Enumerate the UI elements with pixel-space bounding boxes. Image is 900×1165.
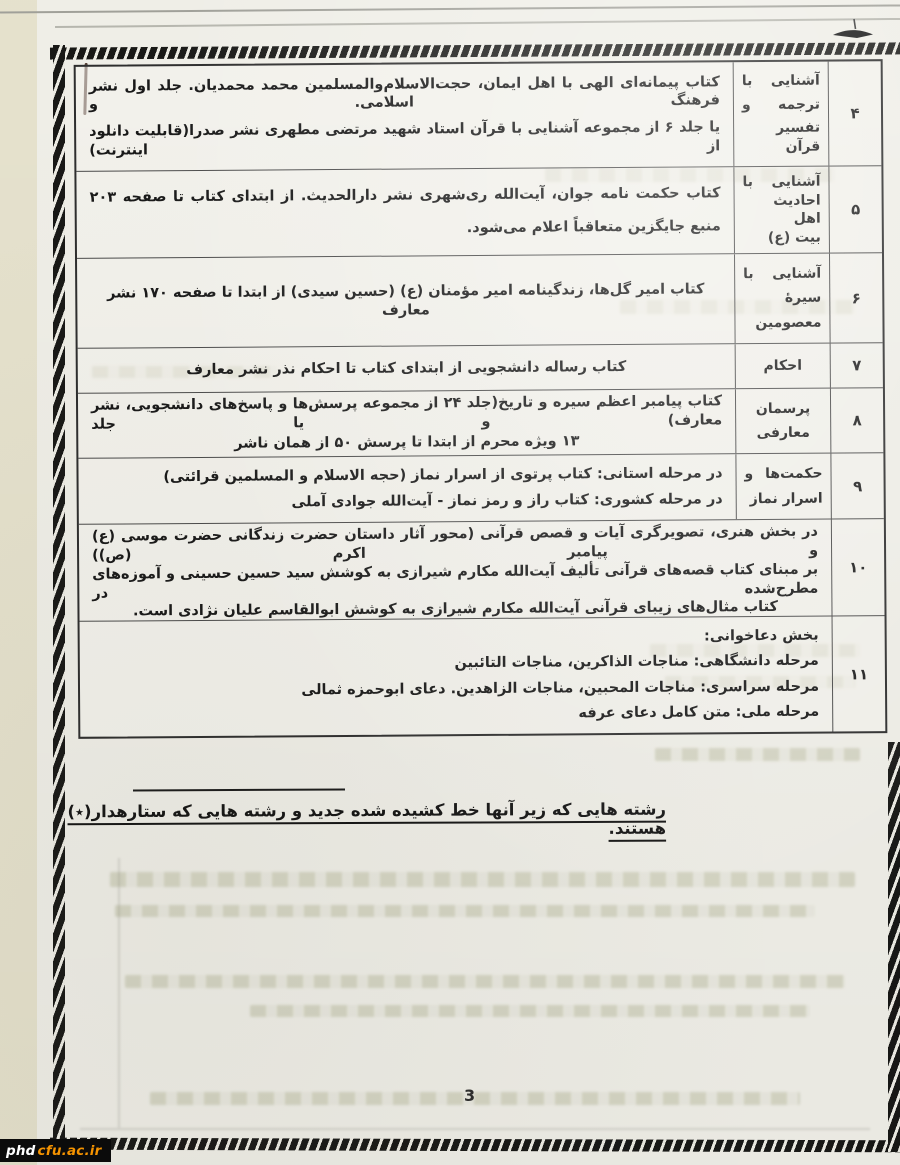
hatched-border-bottom (50, 1138, 900, 1153)
bleed-through-artifact (250, 1005, 810, 1017)
category-line: آشنایی با (742, 72, 820, 91)
table-row: ۹حکمت‌ها واسرار نمازدر مرحله استانی: کتا… (78, 453, 883, 525)
category-line: تفسیر قرآن (742, 119, 820, 156)
row-content: کتاب پیامبر اعظم سیره و تاریخ(جلد ۲۴ از … (78, 389, 735, 458)
content-line: در بخش هنری، تصویرگری آیات و قصص قرآنی (… (92, 523, 818, 566)
content-line: کتاب امیر گل‌ها، زندگینامه امیر مؤمنان (… (90, 280, 721, 322)
books-table: ۴آشنایی باترجمه وتفسیر قرآنکتاب پیمانه‌ا… (74, 59, 888, 739)
table-row: ۱۱بخش دعاخوانی:مرحله دانشگاهی: مناجات ال… (80, 616, 886, 737)
row-number: ۱۱ (832, 616, 886, 731)
footnote-separator-line (133, 788, 345, 791)
row-number: ۵ (828, 166, 882, 252)
content-line: کتاب رساله دانشجویی از ابتدای کتاب تا اح… (91, 357, 722, 380)
bleed-through-artifact (655, 748, 860, 761)
category-line: اسرار نماز (745, 489, 823, 508)
bleed-through-artifact (110, 872, 855, 887)
hatched-border-right (888, 742, 900, 1152)
category-line: بیت (ع) (743, 229, 821, 248)
row-category: آشنایی بااحادیث اهلبیت (ع) (733, 167, 829, 254)
table-row: ۷احکامکتاب رساله دانشجویی از ابتدای کتاب… (78, 343, 883, 394)
category-line: سیرۀ (743, 289, 821, 308)
bleed-through-artifact (80, 1128, 870, 1130)
category-line: آشنایی با (742, 172, 820, 191)
row-content: کتاب پیمانه‌ای الهی با اهل ایمان، حجت‌ال… (76, 62, 734, 171)
footnote-text: رشته هایی که زیر آنها خط کشیده شده جدید … (42, 800, 666, 841)
row-category: احکام (735, 344, 830, 389)
watermark-prefix: phd (6, 1143, 36, 1159)
bleed-through-artifact (125, 975, 845, 988)
footnote-underlined: رشته هایی که زیر آنها خط کشیده شده جدید … (67, 800, 666, 838)
row-content: کتاب رساله دانشجویی از ابتدای کتاب تا اح… (78, 344, 735, 393)
row-number: ۶ (829, 253, 883, 342)
row-content: در بخش هنری، تصویرگری آیات و قصص قرآنی (… (79, 520, 832, 621)
content-line: منبع جایگزین متعاقباً اعلام می‌شود. (90, 217, 721, 240)
content-line: کتاب پیمانه‌ای الهی با اهل ایمان، حجت‌ال… (89, 73, 720, 115)
category-line: معارفی (744, 424, 822, 443)
bleed-through-artifact (115, 905, 815, 917)
row-number: ۱۰ (831, 519, 885, 615)
category-line: حکمت‌ها و (744, 465, 822, 484)
content-line: در مرحله کشوری: کتاب راز و رمز نماز - آی… (92, 490, 723, 513)
row-category: پرسمانمعارفی (735, 389, 830, 454)
content-line: کتاب حکمت نامه جوان، آیت‌الله ری‌شهری نش… (90, 184, 721, 207)
table-row: ۵آشنایی بااحادیث اهلبیت (ع)کتاب حکمت نام… (76, 166, 882, 259)
content-line: مرحله دانشگاهی: مناجات الذاکرین، مناجات … (93, 652, 819, 676)
table-row: ۸پرسمانمعارفیکتاب پیامبر اعظم سیره و تار… (78, 388, 883, 459)
content-line: در مرحله استانی: کتاب پرتوی از اسرار نما… (91, 464, 722, 487)
row-category: حکمت‌ها واسرار نماز (735, 454, 830, 520)
row-number: ۹ (830, 453, 883, 518)
site-watermark: phd cfu.ac.ir (0, 1139, 111, 1162)
row-number: ۴ (828, 61, 882, 165)
page-number: 3 (464, 1086, 475, 1105)
table-row: ۴آشنایی باترجمه وتفسیر قرآنکتاب پیمانه‌ا… (76, 61, 882, 172)
scanned-document-page: ۴آشنایی باترجمه وتفسیر قرآنکتاب پیمانه‌ا… (0, 0, 900, 1165)
watermark-suffix: cfu.ac.ir (38, 1143, 102, 1159)
row-content: در مرحله استانی: کتاب پرتوی از اسرار نما… (78, 454, 735, 524)
category-line: آشنایی با (743, 265, 821, 284)
category-line: احکام (744, 357, 822, 376)
content-line: ۱۳ ویژه محرم از ابتدا تا پرسش ۵۰ از همان… (91, 431, 722, 454)
content-line: مرحله ملی: متن کامل دعای عرفه (93, 703, 819, 727)
row-category: آشنایی باترجمه وتفسیر قرآن (733, 62, 829, 167)
row-number: ۷ (830, 343, 883, 387)
scanner-edge-strip (0, 0, 37, 1165)
row-content: کتاب حکمت نامه جوان، آیت‌الله ری‌شهری نش… (76, 167, 734, 258)
row-number: ۸ (830, 388, 883, 452)
hatched-border-top (50, 42, 900, 59)
content-line: بخش دعاخوانی: (93, 626, 819, 650)
content-line: بر مبنای کتاب قصه‌های قرآنی تألیف آیت‌ال… (92, 560, 818, 603)
scan-artifact-line (0, 4, 900, 13)
row-category: آشنایی باسیرۀمعصومین (734, 254, 830, 344)
row-content: کتاب امیر گل‌ها، زندگینامه امیر مؤمنان (… (77, 254, 735, 348)
content-line: یا جلد ۶ از مجموعه آشنایی با قرآن استاد … (89, 118, 720, 160)
category-line: پرسمان (744, 399, 822, 418)
content-line: مرحله سراسری: مناجات المحبین، مناجات الز… (93, 677, 819, 701)
category-line: ترجمه و (742, 95, 820, 114)
bleed-through-artifact (118, 858, 120, 1128)
table-row: ۶آشنایی باسیرۀمعصومینکتاب امیر گل‌ها، زن… (77, 253, 883, 349)
category-line: احادیث اهل (743, 191, 821, 228)
table-row: ۱۰در بخش هنری، تصویرگری آیات و قصص قرآنی… (79, 519, 885, 622)
content-line: کتاب پیامبر اعظم سیره و تاریخ(جلد ۲۴ از … (91, 393, 722, 435)
arrow-pen-mark-icon (830, 16, 878, 50)
row-content: بخش دعاخوانی:مرحله دانشگاهی: مناجات الذا… (80, 617, 833, 737)
hatched-border-left (53, 45, 65, 1151)
category-line: معصومین (743, 313, 821, 332)
scan-artifact-line (55, 18, 900, 28)
